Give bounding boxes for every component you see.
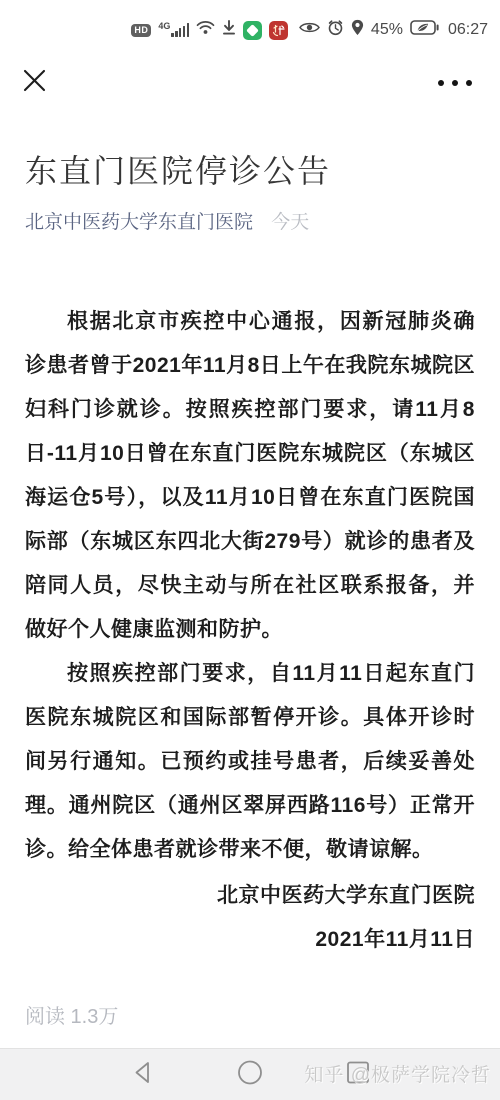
alarm-icon bbox=[327, 19, 344, 41]
eye-icon bbox=[299, 21, 320, 39]
signature-name: 北京中医药大学东直门医院 bbox=[25, 874, 475, 918]
home-circle-icon[interactable] bbox=[234, 1056, 266, 1093]
status-bar: HD 4G bbox=[0, 0, 500, 54]
page-title: 东直门医院停诊公告 bbox=[25, 150, 475, 192]
byline: 北京中医药大学东直门医院 今天 bbox=[25, 209, 475, 236]
back-triangle-icon[interactable] bbox=[128, 1057, 158, 1092]
zhihu-watermark: 知乎 @极萨学院冷哲 bbox=[304, 1060, 491, 1087]
article-header-bar bbox=[0, 54, 500, 102]
green-app-icon bbox=[243, 21, 262, 40]
article-body: 东直门医院停诊公告 北京中医药大学东直门医院 今天 根据北京市疾控中心通报，因新… bbox=[0, 150, 500, 962]
battery-percent: 45% bbox=[371, 21, 403, 39]
signature-date: 2021年11月11日 bbox=[25, 918, 475, 962]
paragraph-2: 按照疾控部门要求，自11月11日起东直门医院东城院区和国际部暂停开诊。具体开诊时… bbox=[25, 652, 475, 872]
clock-time: 06:27 bbox=[448, 21, 488, 39]
hd-icon: HD bbox=[131, 24, 151, 37]
signature-block: 北京中医药大学东直门医院 2021年11月11日 bbox=[25, 874, 475, 962]
publish-date: 今天 bbox=[271, 212, 309, 233]
paragraph-1: 根据北京市疾控中心通报，因新冠肺炎确诊患者曾于2021年11月8日上午在我院东城… bbox=[25, 300, 475, 652]
red-app-icon bbox=[269, 21, 288, 40]
account-link[interactable]: 北京中医药大学东直门医院 bbox=[25, 212, 253, 233]
more-menu-icon[interactable] bbox=[438, 80, 473, 87]
download-icon bbox=[222, 20, 236, 41]
battery-saver-icon bbox=[410, 20, 439, 40]
close-icon[interactable] bbox=[22, 68, 47, 98]
phone-screen: { "status_bar": { "hd_label": "HD", "net… bbox=[0, 0, 500, 1100]
location-icon bbox=[351, 19, 364, 41]
read-count: 阅读 1.3万 bbox=[25, 1000, 118, 1029]
signal-icon: 4G bbox=[158, 23, 189, 37]
notice-text: 根据北京市疾控中心通报，因新冠肺炎确诊患者曾于2021年11月8日上午在我院东城… bbox=[25, 300, 475, 872]
wifi-icon bbox=[196, 20, 215, 40]
